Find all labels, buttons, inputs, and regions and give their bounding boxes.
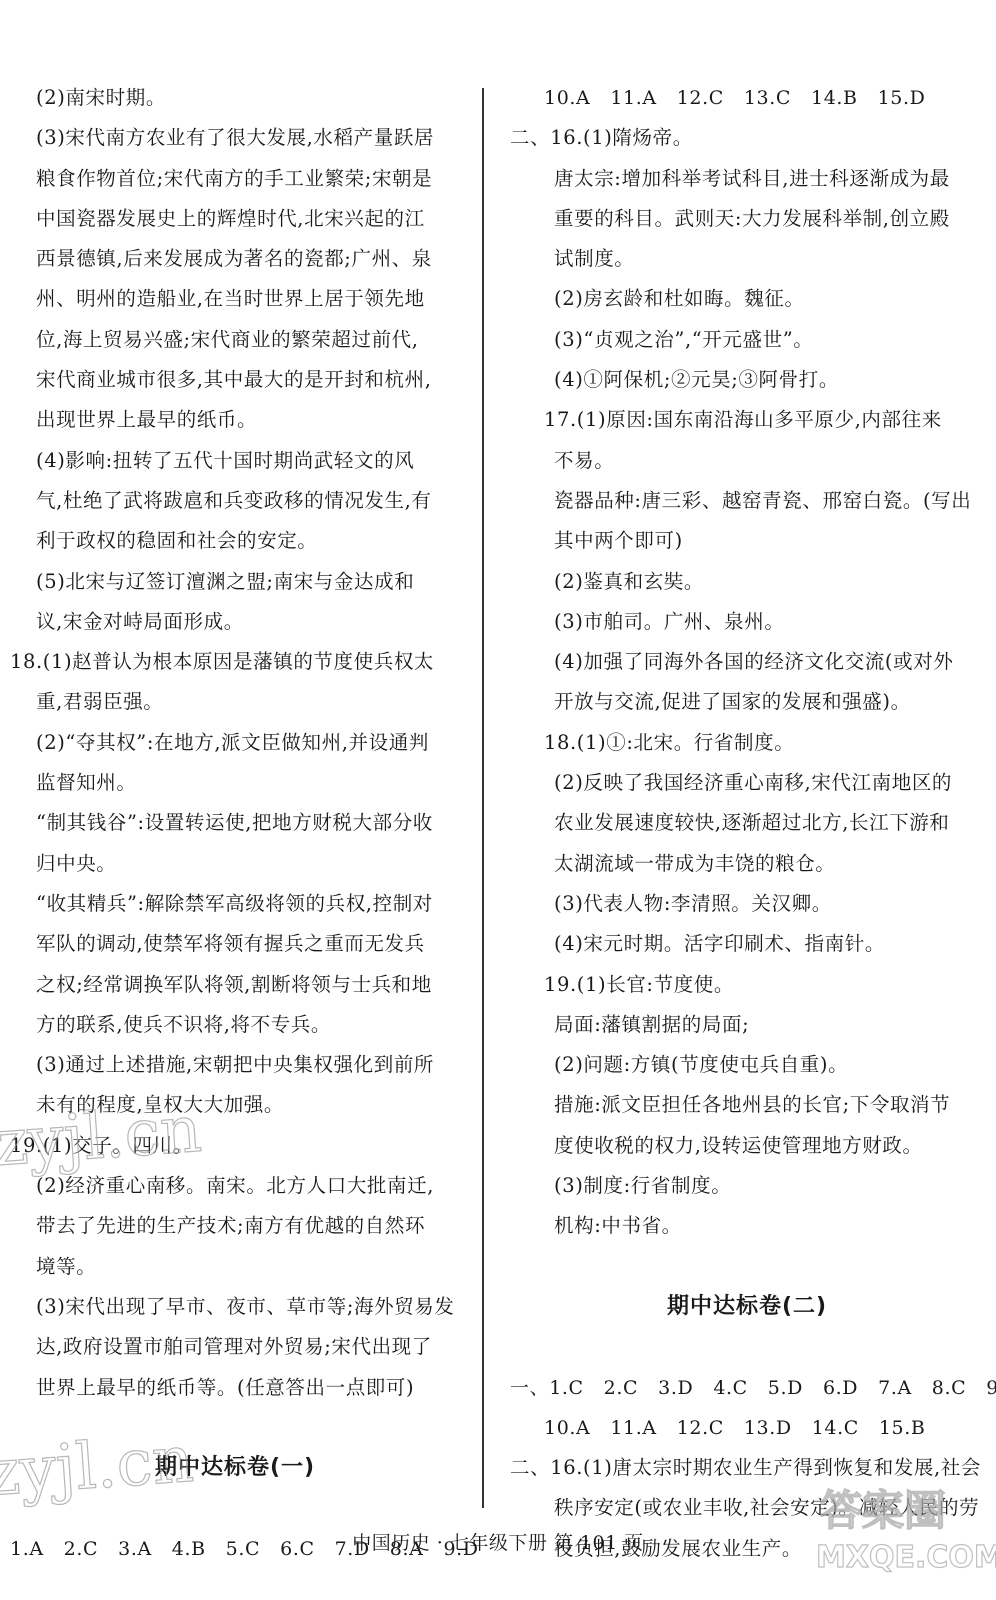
answer-line: 西景德镇,后来发展成为著名的瓷都;广州、泉 xyxy=(0,239,470,279)
spacer xyxy=(0,1488,470,1528)
answer-line: 二、16.(1)隋炀帝。 xyxy=(498,118,996,158)
answer-line: 瓷器品种:唐三彩、越窑青瓷、邢窑白瓷。(写出 xyxy=(498,481,996,521)
answer-line: (4)①阿保机;②元昊;③阿骨打。 xyxy=(498,360,996,400)
answer-item: 15.D xyxy=(878,78,926,118)
answer-line: (2)反映了我国经济重心南移,宋代江南地区的 xyxy=(498,763,996,803)
answer-line: 重,君弱臣强。 xyxy=(0,682,470,722)
answer-key-row: 10.A11.A12.C13.C14.B15.D xyxy=(498,78,996,118)
section-title: 期中达标卷(一) xyxy=(0,1448,470,1488)
left-column: (2)南宋时期。(3)宋代南方农业有了很大发展,水稻产量跃居粮食作物首位;宋代南… xyxy=(0,78,470,1569)
answer-line: 度使收税的权力,设转运使管理地方财政。 xyxy=(498,1126,996,1166)
answer-line: 出现世界上最早的纸币。 xyxy=(0,400,470,440)
answer-line: 措施:派文臣担任各地州县的长官;下令取消节 xyxy=(498,1085,996,1125)
answer-line: 粮食作物首位;宋代南方的手工业繁荣;宋朝是 xyxy=(0,159,470,199)
answer-line: 议,宋金对峙局面形成。 xyxy=(0,602,470,642)
answer-line: 中国瓷器发展史上的辉煌时代,北宋兴起的江 xyxy=(0,199,470,239)
answer-line: (3)“贞观之治”,“开元盛世”。 xyxy=(498,320,996,360)
answer-line: (3)通过上述措施,宋朝把中央集权强化到前所 xyxy=(0,1045,470,1085)
answer-key-row: 10.A11.A12.C13.D14.C15.B xyxy=(498,1408,996,1448)
answer-item: 13.D xyxy=(744,1408,792,1448)
answer-line: (3)宋代出现了早市、夜市、草市等;海外贸易发 xyxy=(0,1287,470,1327)
answer-item: 14.C xyxy=(812,1408,859,1448)
page-footer: 中国历史 · 七年级下册 第 101 页 xyxy=(0,1528,996,1555)
answer-line: 之权;经常调换军队将领,割断将领与士兵和地 xyxy=(0,965,470,1005)
spacer xyxy=(0,1408,470,1448)
answer-line: (4)影响:扭转了五代十国时期尚武轻文的风 xyxy=(0,441,470,481)
answer-item: 11.A xyxy=(610,1408,656,1448)
answer-item: 15.B xyxy=(879,1408,926,1448)
answer-line: 军队的调动,使禁军将领有握兵之重而无发兵 xyxy=(0,924,470,964)
answer-line: 方的联系,使兵不识将,将不专兵。 xyxy=(0,1005,470,1045)
answer-line: (4)加强了同海外各国的经济文化交流(或对外 xyxy=(498,642,996,682)
answer-item: 4.C xyxy=(713,1368,747,1408)
answer-item: 8.C xyxy=(932,1368,966,1408)
answer-line: 秩序安定(或农业丰收,社会安定)。减轻人民的劳 xyxy=(498,1488,996,1528)
answer-line: (5)北宋与辽签订澶渊之盟;南宋与金达成和 xyxy=(0,562,470,602)
answer-line: (2)问题:方镇(节度使屯兵自重)。 xyxy=(498,1045,996,1085)
answer-item: 6.D xyxy=(823,1368,858,1408)
answer-line: (2)经济重心南移。南宋。北方人口大批南迁, xyxy=(0,1166,470,1206)
answer-line: 州、明州的造船业,在当时世界上居于领先地 xyxy=(0,279,470,319)
answer-line: (3)代表人物:李清照。关汉卿。 xyxy=(498,884,996,924)
answer-line: 位,海上贸易兴盛;宋代商业的繁荣超过前代, xyxy=(0,320,470,360)
answer-line: (2)南宋时期。 xyxy=(0,78,470,118)
answer-item: 10.A xyxy=(544,78,590,118)
answer-line: 19.(1)交子。四川。 xyxy=(0,1126,470,1166)
answer-line: (2)“夺其权”:在地方,派文臣做知州,并设通判 xyxy=(0,723,470,763)
answer-item: 10.A xyxy=(544,1408,590,1448)
answer-line: 农业发展速度较快,逐渐超过北方,长江下游和 xyxy=(498,803,996,843)
answer-line: 气,杜绝了武将跋扈和兵变政移的情况发生,有 xyxy=(0,481,470,521)
answer-line: “收其精兵”:解除禁军高级将领的兵权,控制对 xyxy=(0,884,470,924)
answer-line: 世界上最早的纸币等。(任意答出一点即可) xyxy=(0,1368,470,1408)
answer-line: 太湖流域一带成为丰饶的粮仓。 xyxy=(498,844,996,884)
answer-item: 12.C xyxy=(677,78,724,118)
answer-line: 开放与交流,促进了国家的发展和强盛)。 xyxy=(498,682,996,722)
spacer xyxy=(498,1247,996,1287)
right-column: 10.A11.A12.C13.C14.B15.D二、16.(1)隋炀帝。唐太宗:… xyxy=(498,78,996,1569)
spacer xyxy=(498,1327,996,1367)
answer-line: 18.(1)赵普认为根本原因是藩镇的节度使兵权太 xyxy=(0,642,470,682)
answer-line: 19.(1)长官:节度使。 xyxy=(498,965,996,1005)
answer-line: 二、16.(1)唐太宗时期农业生产得到恢复和发展,社会 xyxy=(498,1448,996,1488)
answer-line: (2)鉴真和玄奘。 xyxy=(498,562,996,602)
answer-line: 监督知州。 xyxy=(0,763,470,803)
answer-line: 归中央。 xyxy=(0,844,470,884)
answer-line: (3)宋代南方农业有了很大发展,水稻产量跃居 xyxy=(0,118,470,158)
answer-item: 5.D xyxy=(768,1368,803,1408)
answer-line: 机构:中书省。 xyxy=(498,1206,996,1246)
answer-line: (4)宋元时期。活字印刷术、指南针。 xyxy=(498,924,996,964)
answer-line: 18.(1)①:北宋。行省制度。 xyxy=(498,723,996,763)
answer-line: (2)房玄龄和杜如晦。魏征。 xyxy=(498,279,996,319)
answer-line: 唐太宗:增加科举考试科目,进士科逐渐成为最 xyxy=(498,159,996,199)
answer-line: 重要的科目。武则天:大力发展科举制,创立殿 xyxy=(498,199,996,239)
answer-item: 2.C xyxy=(604,1368,638,1408)
answer-line: 带去了先进的生产技术;南方有优越的自然环 xyxy=(0,1206,470,1246)
answer-line: 达,政府设置市舶司管理对外贸易;宋代出现了 xyxy=(0,1327,470,1367)
answer-line: 17.(1)原因:国东南沿海山多平原少,内部往来 xyxy=(498,400,996,440)
answer-item: 14.B xyxy=(811,78,858,118)
answer-line: (3)制度:行省制度。 xyxy=(498,1166,996,1206)
answer-line: 局面:藩镇割据的局面; xyxy=(498,1005,996,1045)
answer-line: 境等。 xyxy=(0,1247,470,1287)
answer-line: “制其钱谷”:设置转运使,把地方财税大部分收 xyxy=(0,803,470,843)
answer-line: (3)市舶司。广州、泉州。 xyxy=(498,602,996,642)
column-divider xyxy=(482,88,484,1508)
answer-item: 13.C xyxy=(744,78,791,118)
answer-line: 宋代商业城市很多,其中最大的是开封和杭州, xyxy=(0,360,470,400)
answer-line: 不易。 xyxy=(498,441,996,481)
answer-item: 1.C xyxy=(549,1368,583,1408)
answer-item: 7.A xyxy=(878,1368,912,1408)
answer-line: 未有的程度,皇权大大加强。 xyxy=(0,1085,470,1125)
answer-item: 9.A xyxy=(986,1368,996,1408)
section-title: 期中达标卷(二) xyxy=(498,1287,996,1327)
answer-line: 其中两个即可) xyxy=(498,521,996,561)
answer-item: 12.C xyxy=(677,1408,724,1448)
answer-line: 利于政权的稳固和社会的安定。 xyxy=(0,521,470,561)
answer-line: 试制度。 xyxy=(498,239,996,279)
answer-item: 3.D xyxy=(658,1368,693,1408)
answer-key-row: 一、1.C2.C3.D4.C5.D6.D7.A8.C9.A xyxy=(498,1368,996,1408)
section-prefix: 一、 xyxy=(510,1368,549,1408)
answer-item: 11.A xyxy=(610,78,656,118)
